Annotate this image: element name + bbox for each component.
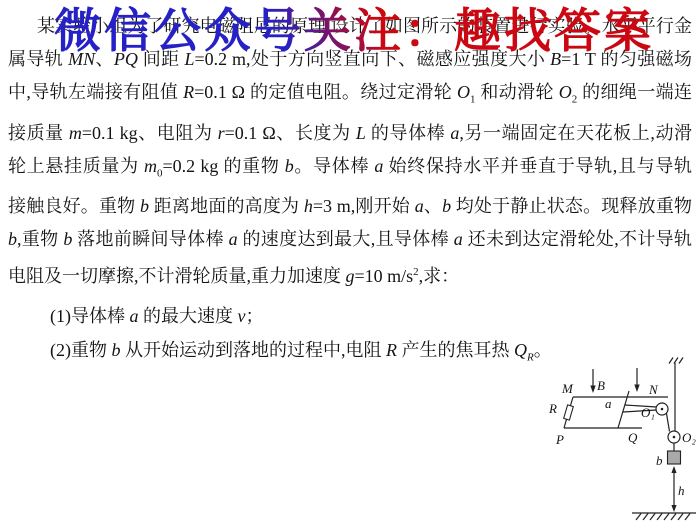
- label-pulley-O1: O₁: [641, 405, 655, 420]
- b-field-arrow: [590, 369, 595, 393]
- label-weight-b: b: [656, 453, 663, 468]
- problem-text-line: 某实验小组为了研究电磁阻尼的原理,设计了如图所示的装置进行实验。水平平行金: [8, 10, 692, 43]
- exam-page: { "watermark": { "text": "微信公众号关注：趣找答案",…: [0, 0, 700, 528]
- question-item-1: (1)导体棒 a 的最大速度 v；: [8, 299, 692, 333]
- label-pulley-O2: O₂: [682, 430, 696, 445]
- label-bar-a: a: [605, 396, 612, 411]
- pulley-axle: [661, 408, 664, 411]
- weight-b: [668, 451, 681, 464]
- problem-text-line: 属导轨 MN、PQ 间距 L=0.2 m,处于方向竖直向下、磁感应强度大小 B=…: [8, 43, 692, 76]
- problem-text-line: 轮上悬挂质量为 m0=0.2 kg 的重物 b。导体棒 a 始终保持水平并垂直于…: [8, 150, 692, 191]
- ground-hatch: [632, 513, 696, 520]
- resistor-R: [564, 405, 574, 420]
- problem-text-line: 接触良好。重物 b 距离地面的高度为 h=3 m,刚开始 a、b 均处于静止状态…: [8, 190, 692, 223]
- rope-between-pulleys: [667, 414, 670, 432]
- label-rail-M: M: [561, 381, 574, 396]
- label-height-h: h: [678, 483, 685, 498]
- label-rail-Q: Q: [628, 430, 638, 445]
- problem-statement: 某实验小组为了研究电磁阻尼的原理,设计了如图所示的装置进行实验。水平平行金 属导…: [8, 10, 692, 375]
- problem-text-line: 电阻及一切摩擦,不计滑轮质量,重力加速度 g=10 m/s2,求：: [8, 256, 692, 293]
- b-field-arrow: [634, 368, 639, 392]
- problem-text-line: 中,导轨左端接有阻值 R=0.1 Ω 的定值电阻。绕过定滑轮 O1 和动滑轮 O…: [8, 76, 692, 117]
- pulley-axle: [673, 436, 676, 439]
- height-dimension-arrow: [671, 466, 676, 512]
- label-rail-P: P: [555, 432, 564, 447]
- problem-text-line: b,重物 b 落地前瞬间导体棒 a 的速度达到最大,且导体棒 a 还未到达定滑轮…: [8, 223, 692, 256]
- label-resistor-R: R: [548, 401, 557, 416]
- pulley-circuit-diagram: B M N P Q R a O₁: [548, 355, 700, 528]
- label-rail-N: N: [648, 382, 659, 397]
- label-b-field: B: [597, 378, 605, 393]
- problem-text-line: 接质量 m=0.1 kg、电阻为 r=0.1 Ω、长度为 L 的导体棒 a,另一…: [8, 117, 692, 150]
- ceiling-anchor: [669, 358, 683, 432]
